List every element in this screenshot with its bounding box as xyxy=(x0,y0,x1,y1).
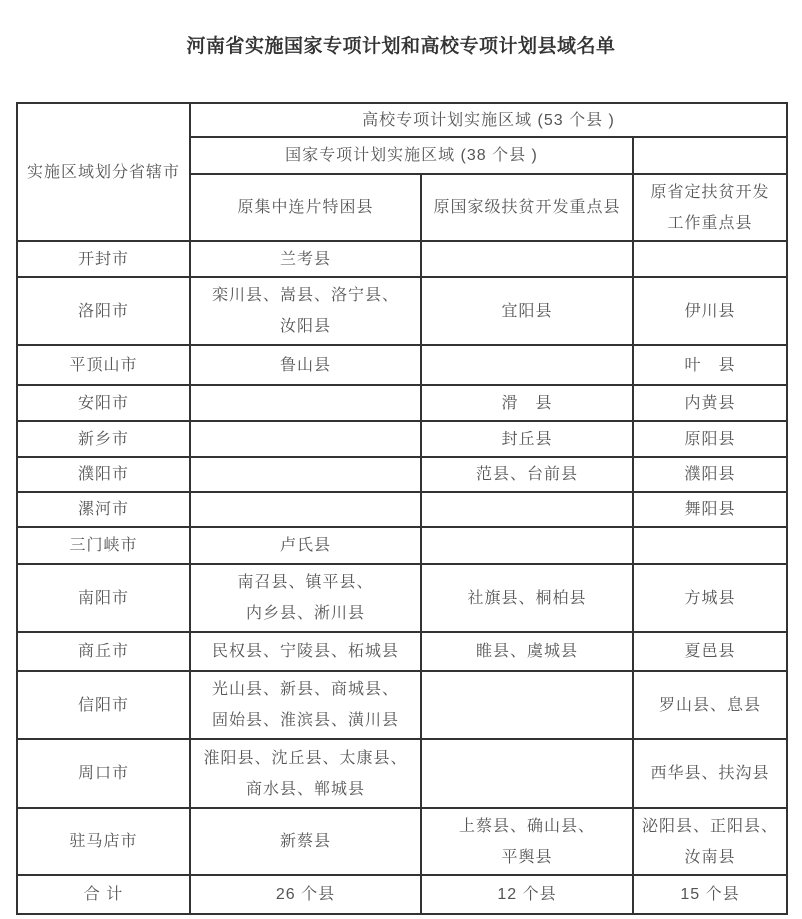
city-cell: 商丘市 xyxy=(17,632,190,671)
national-counties-cell xyxy=(421,345,633,385)
table-row: 商丘市 民权县、宁陵县、柘城县 睢县、虞城县 夏邑县 xyxy=(17,632,787,671)
table-row: 驻马店市 新蔡县 上蔡县、确山县、 平舆县 泌阳县、正阳县、 汝南县 xyxy=(17,808,787,875)
provincial-counties-cell: 罗山县、息县 xyxy=(633,671,787,739)
header-region-division: 实施区域划分省辖市 xyxy=(17,103,190,241)
national-counties-cell: 封丘县 xyxy=(421,421,633,457)
contiguous-counties-cell: 栾川县、嵩县、洛宁县、 汝阳县 xyxy=(190,277,421,345)
total-provincial-cell: 15 个县 xyxy=(633,875,787,914)
national-counties-cell xyxy=(421,671,633,739)
city-cell: 安阳市 xyxy=(17,385,190,421)
national-counties-cell: 上蔡县、确山县、 平舆县 xyxy=(421,808,633,875)
national-counties-cell: 睢县、虞城县 xyxy=(421,632,633,671)
provincial-counties-cell xyxy=(633,527,787,564)
contiguous-counties-cell: 民权县、宁陵县、柘城县 xyxy=(190,632,421,671)
national-counties-cell: 宜阳县 xyxy=(421,277,633,345)
contiguous-counties-cell xyxy=(190,492,421,527)
national-counties-cell xyxy=(421,492,633,527)
city-cell: 洛阳市 xyxy=(17,277,190,345)
header-national-key: 原国家级扶贫开发重点县 xyxy=(421,174,633,241)
provincial-counties-cell: 泌阳县、正阳县、 汝南县 xyxy=(633,808,787,875)
table-row: 平顶山市 鲁山县 叶 县 xyxy=(17,345,787,385)
header-national-plan-side-cell xyxy=(633,137,787,174)
table-row: 新乡市 封丘县 原阳县 xyxy=(17,421,787,457)
contiguous-counties-cell: 鲁山县 xyxy=(190,345,421,385)
contiguous-counties-cell: 淮阳县、沈丘县、太康县、 商水县、郸城县 xyxy=(190,739,421,808)
provincial-counties-cell: 方城县 xyxy=(633,564,787,632)
provincial-counties-cell: 濮阳县 xyxy=(633,457,787,492)
city-cell: 平顶山市 xyxy=(17,345,190,385)
national-counties-cell xyxy=(421,527,633,564)
provincial-counties-cell: 夏邑县 xyxy=(633,632,787,671)
city-cell: 周口市 xyxy=(17,739,190,808)
provincial-counties-cell: 叶 县 xyxy=(633,345,787,385)
contiguous-counties-cell: 南召县、镇平县、 内乡县、淅川县 xyxy=(190,564,421,632)
contiguous-counties-cell xyxy=(190,457,421,492)
page: 河南省实施国家专项计划和高校专项计划县域名单 实施区域划分省辖市 高校专项计划实… xyxy=(0,31,802,915)
city-cell: 驻马店市 xyxy=(17,808,190,875)
table-row: 开封市 兰考县 xyxy=(17,241,787,277)
provincial-counties-cell: 西华县、扶沟县 xyxy=(633,739,787,808)
header-row-university: 实施区域划分省辖市 高校专项计划实施区域 (53 个县 ) xyxy=(17,103,787,137)
table-row: 周口市 淮阳县、沈丘县、太康县、 商水县、郸城县 西华县、扶沟县 xyxy=(17,739,787,808)
county-plan-table: 实施区域划分省辖市 高校专项计划实施区域 (53 个县 ) 国家专项计划实施区域… xyxy=(16,102,788,915)
city-cell: 南阳市 xyxy=(17,564,190,632)
contiguous-counties-cell xyxy=(190,421,421,457)
header-university-plan: 高校专项计划实施区域 (53 个县 ) xyxy=(190,103,787,137)
city-cell: 信阳市 xyxy=(17,671,190,739)
total-row: 合 计 26 个县 12 个县 15 个县 xyxy=(17,875,787,914)
contiguous-counties-cell xyxy=(190,385,421,421)
national-counties-cell xyxy=(421,739,633,808)
header-provincial-key: 原省定扶贫开发 工作重点县 xyxy=(633,174,787,241)
city-cell: 开封市 xyxy=(17,241,190,277)
national-counties-cell xyxy=(421,241,633,277)
provincial-counties-cell: 伊川县 xyxy=(633,277,787,345)
national-counties-cell: 滑 县 xyxy=(421,385,633,421)
contiguous-counties-cell: 光山县、新县、商城县、 固始县、淮滨县、潢川县 xyxy=(190,671,421,739)
total-national-cell: 12 个县 xyxy=(421,875,633,914)
total-label-cell: 合 计 xyxy=(17,875,190,914)
table-row: 濮阳市 范县、台前县 濮阳县 xyxy=(17,457,787,492)
header-national-plan: 国家专项计划实施区域 (38 个县 ) xyxy=(190,137,633,174)
national-counties-cell: 范县、台前县 xyxy=(421,457,633,492)
city-cell: 濮阳市 xyxy=(17,457,190,492)
national-counties-cell: 社旗县、桐柏县 xyxy=(421,564,633,632)
table-row: 漯河市 舞阳县 xyxy=(17,492,787,527)
provincial-counties-cell: 内黄县 xyxy=(633,385,787,421)
table-row: 信阳市 光山县、新县、商城县、 固始县、淮滨县、潢川县 罗山县、息县 xyxy=(17,671,787,739)
table-row: 三门峡市 卢氏县 xyxy=(17,527,787,564)
city-cell: 三门峡市 xyxy=(17,527,190,564)
table-row: 洛阳市 栾川县、嵩县、洛宁县、 汝阳县 宜阳县 伊川县 xyxy=(17,277,787,345)
contiguous-counties-cell: 兰考县 xyxy=(190,241,421,277)
city-cell: 漯河市 xyxy=(17,492,190,527)
city-cell: 新乡市 xyxy=(17,421,190,457)
header-contiguous-poverty: 原集中连片特困县 xyxy=(190,174,421,241)
table-row: 南阳市 南召县、镇平县、 内乡县、淅川县 社旗县、桐柏县 方城县 xyxy=(17,564,787,632)
contiguous-counties-cell: 新蔡县 xyxy=(190,808,421,875)
table-row: 安阳市 滑 县 内黄县 xyxy=(17,385,787,421)
contiguous-counties-cell: 卢氏县 xyxy=(190,527,421,564)
provincial-counties-cell xyxy=(633,241,787,277)
provincial-counties-cell: 舞阳县 xyxy=(633,492,787,527)
total-contiguous-cell: 26 个县 xyxy=(190,875,421,914)
page-title: 河南省实施国家专项计划和高校专项计划县域名单 xyxy=(0,31,802,58)
provincial-counties-cell: 原阳县 xyxy=(633,421,787,457)
